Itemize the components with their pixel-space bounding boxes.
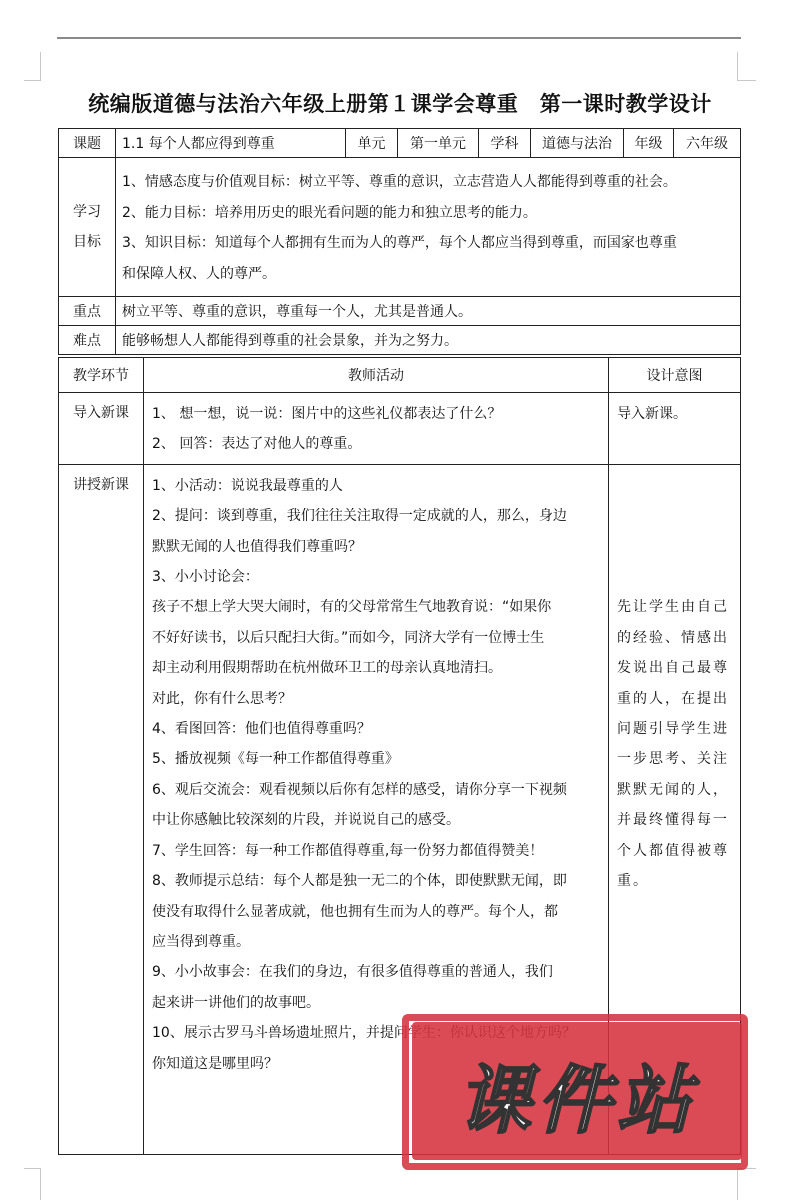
- table-row: 导入新课 1、 想一想，说一说：图片中的这些礼仪都表达了什么？ 2、 回答：表达…: [59, 393, 741, 465]
- header-stage: 教学环节: [59, 358, 144, 393]
- activity-line: 不好好读书，以后只配扫大街。”而如今，同济大学有一位博士生: [152, 623, 602, 653]
- intent-line: 先让学生由自己: [617, 592, 734, 622]
- activity-line: 1、 想一想，说一说：图片中的这些礼仪都表达了什么？: [152, 399, 602, 429]
- goals-row: 学习 目标 1、情感态度与价值观目标：树立平等、尊重的意识，立志营造人人都能得到…: [59, 158, 741, 297]
- subject-value: 道德与法治: [531, 129, 624, 158]
- intent-line: 的经验、情感出: [617, 623, 734, 653]
- table-header-row: 教学环节 教师活动 设计意图: [59, 358, 741, 393]
- difficulty-label: 难点: [59, 326, 116, 355]
- activity-line: 孩子不想上学大哭大闹时，有的父母常常生气地教育说：“如果你: [152, 592, 602, 622]
- goal-item: 和保障人权、人的尊严。: [122, 259, 734, 290]
- key-point-value: 树立平等、尊重的意识，尊重每一个人，尤其是普通人。: [116, 297, 741, 326]
- activity-line: 8、教师提示总结：每个人都是独一无二的个体，即使默默无闻，即: [152, 866, 602, 896]
- goal-item: 3、知识目标：知道每个人都拥有生而为人的尊严，每个人都应当得到尊重，而国家也尊重: [122, 228, 734, 259]
- header-activity: 教师活动: [144, 358, 609, 393]
- grade-value: 六年级: [674, 129, 741, 158]
- stage-cell: 导入新课: [59, 393, 144, 465]
- activity-line: 默默无闻的人也值得我们尊重吗？: [152, 532, 602, 562]
- lesson-info-table: 课题 1.1 每个人都应得到尊重 单元 第一单元 学科 道德与法治 年级 六年级…: [58, 128, 741, 355]
- watermark-text: 课件站: [402, 1042, 752, 1148]
- intent-line: 并最终懂得每一: [617, 805, 734, 835]
- activity-line: 4、看图回答：他们也值得尊重吗？: [152, 714, 602, 744]
- goals-content: 1、情感态度与价值观目标：树立平等、尊重的意识，立志营造人人都能得到尊重的社会。…: [116, 158, 741, 297]
- activity-cell: 1、 想一想，说一说：图片中的这些礼仪都表达了什么？ 2、 回答：表达了对他人的…: [144, 393, 609, 465]
- lesson-label: 课题: [59, 129, 116, 158]
- lesson-row: 课题 1.1 每个人都应得到尊重 单元 第一单元 学科 道德与法治 年级 六年级: [59, 129, 741, 158]
- intent-line: 问题引导学生进: [617, 714, 734, 744]
- header-intent: 设计意图: [609, 358, 741, 393]
- intent-line: 导入新课。: [617, 399, 734, 429]
- activity-line: 应当得到尊重。: [152, 927, 602, 957]
- goals-label-line: 目标: [59, 227, 115, 257]
- goals-label-line: 学习: [59, 197, 115, 227]
- goal-item: 2、能力目标：培养用历史的眼光看问题的能力和独立思考的能力。: [122, 198, 734, 229]
- header-rule: [57, 37, 741, 39]
- margin-corner-mark: [737, 52, 756, 81]
- stage-cell: 讲授新课: [59, 464, 144, 1154]
- activity-line: 使没有取得什么显著成就，他也拥有生而为人的尊严。每个人，都: [152, 897, 602, 927]
- difficulty-value: 能够畅想人人都能得到尊重的社会景象，并为之努力。: [116, 326, 741, 355]
- activity-line: 2、 回答：表达了对他人的尊重。: [152, 429, 602, 459]
- intent-line: 一步思考、关注: [617, 744, 734, 774]
- lesson-value: 1.1 每个人都应得到尊重: [116, 129, 346, 158]
- activity-line: 对此，你有什么思考？: [152, 684, 602, 714]
- key-point-label: 重点: [59, 297, 116, 326]
- activity-line: 6、观后交流会：观看视频以后你有怎样的感受，请你分享一下视频: [152, 775, 602, 805]
- unit-label: 单元: [346, 129, 398, 158]
- watermark-stamp: 课件站: [402, 1014, 752, 1164]
- activity-line: 却主动利用假期帮助在杭州做环卫工的母亲认真地清扫。: [152, 653, 602, 683]
- key-point-row: 重点 树立平等、尊重的意识，尊重每一个人，尤其是普通人。: [59, 297, 741, 326]
- activity-line: 2、提问：谈到尊重，我们往往关注取得一定成就的人，那么，身边: [152, 501, 602, 531]
- intent-line: 发说出自己最尊: [617, 653, 734, 683]
- intent-line: 重。: [617, 866, 734, 896]
- difficulty-row: 难点 能够畅想人人都能得到尊重的社会景象，并为之努力。: [59, 326, 741, 355]
- margin-corner-mark: [24, 1168, 41, 1200]
- subject-label: 学科: [479, 129, 531, 158]
- intent-line: 重的人，在提出: [617, 684, 734, 714]
- activity-line: 5、播放视频《每一种工作都值得尊重》: [152, 744, 602, 774]
- margin-corner-mark: [737, 1168, 756, 1200]
- intent-cell: 导入新课。: [609, 393, 741, 465]
- document-title: 统编版道德与法治六年级上册第１课学会尊重 第一课时教学设计: [0, 88, 800, 118]
- activity-line: 1、小活动：说说我最尊重的人: [152, 471, 602, 501]
- intent-line: 默默无闻的人，: [617, 775, 734, 805]
- goals-label: 学习 目标: [59, 158, 116, 297]
- goal-item: 1、情感态度与价值观目标：树立平等、尊重的意识，立志营造人人都能得到尊重的社会。: [122, 167, 734, 198]
- unit-value: 第一单元: [398, 129, 479, 158]
- activity-line: 3、小小讨论会：: [152, 562, 602, 592]
- intent-line: 个人都值得被尊: [617, 836, 734, 866]
- activity-line: 9、小小故事会：在我们的身边，有很多值得尊重的普通人，我们: [152, 957, 602, 987]
- activity-line: 7、学生回答：每一种工作都值得尊重,每一份努力都值得赞美！: [152, 836, 602, 866]
- activity-line: 中让你感触比较深刻的片段，并说说自己的感受。: [152, 805, 602, 835]
- grade-label: 年级: [624, 129, 674, 158]
- margin-corner-mark: [24, 52, 41, 81]
